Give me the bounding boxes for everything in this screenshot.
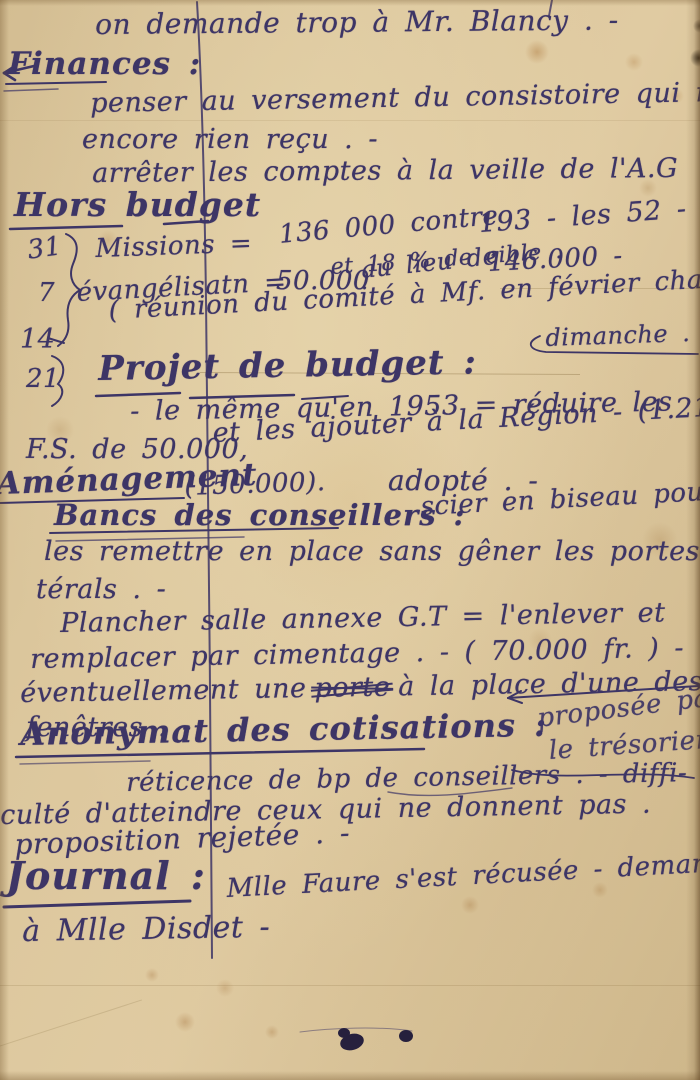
hors-budget-heading: Hors budget: [14, 188, 261, 223]
margin-number: 31: [26, 233, 64, 265]
crease: [0, 999, 142, 1052]
journal-heading: Journal :: [6, 856, 206, 896]
crease: [0, 120, 700, 121]
bancs-line: les remettre en place sans gêner les por…: [44, 538, 700, 566]
underline-mark: [20, 761, 150, 764]
margin-number: 7: [38, 280, 55, 307]
ink-blot: [338, 1028, 413, 1053]
ink-smear-line: [300, 1028, 412, 1032]
plancher-line-pre: éventuellement une: [20, 673, 307, 709]
underline-mark: [10, 226, 122, 229]
missions-amount: 136 000 contre: [278, 203, 500, 249]
plancher-line: Plancher salle annexe G.T = l'enlever et: [60, 599, 666, 638]
underline-mark: [4, 901, 190, 907]
missions-compare: 193 - les 52 -: [478, 195, 687, 238]
journal-line: à Mlle Disdet -: [22, 912, 270, 948]
top-note-line: on demande trop à Mr. Blancy . -: [95, 5, 619, 39]
reunion-suite: dimanche . -: [545, 320, 700, 351]
missions-label: Missions =: [95, 231, 253, 264]
margin-number: 21: [26, 366, 60, 393]
bancs-line: térals . -: [36, 576, 166, 604]
underline-mark: [6, 82, 106, 84]
journal-line: Mlle Faure s'est récusée - demander: [226, 848, 700, 903]
finances-line: encore rien reçu . -: [82, 126, 378, 154]
anonymat-heading: Anonymat des cotisations :: [20, 709, 547, 752]
bancs-heading: Bancs des conseillers :: [54, 500, 465, 530]
manuscript-page: on demande trop à Mr. Blancy . - Finance…: [0, 0, 700, 1080]
finances-line: penser au versement du consistoire qui n…: [90, 79, 700, 119]
crease: [0, 985, 700, 986]
struck-word: porte: [314, 674, 390, 704]
margin-number: 14: [20, 326, 55, 354]
finances-heading: Finances :: [8, 48, 201, 81]
underline-mark: [4, 89, 58, 91]
finances-line: arrêter les comptes à la veille de l'A.G: [92, 155, 678, 188]
amenagement-amount: (150.000).: [184, 469, 326, 501]
projet-budget-heading: Projet de budget :: [98, 345, 477, 387]
